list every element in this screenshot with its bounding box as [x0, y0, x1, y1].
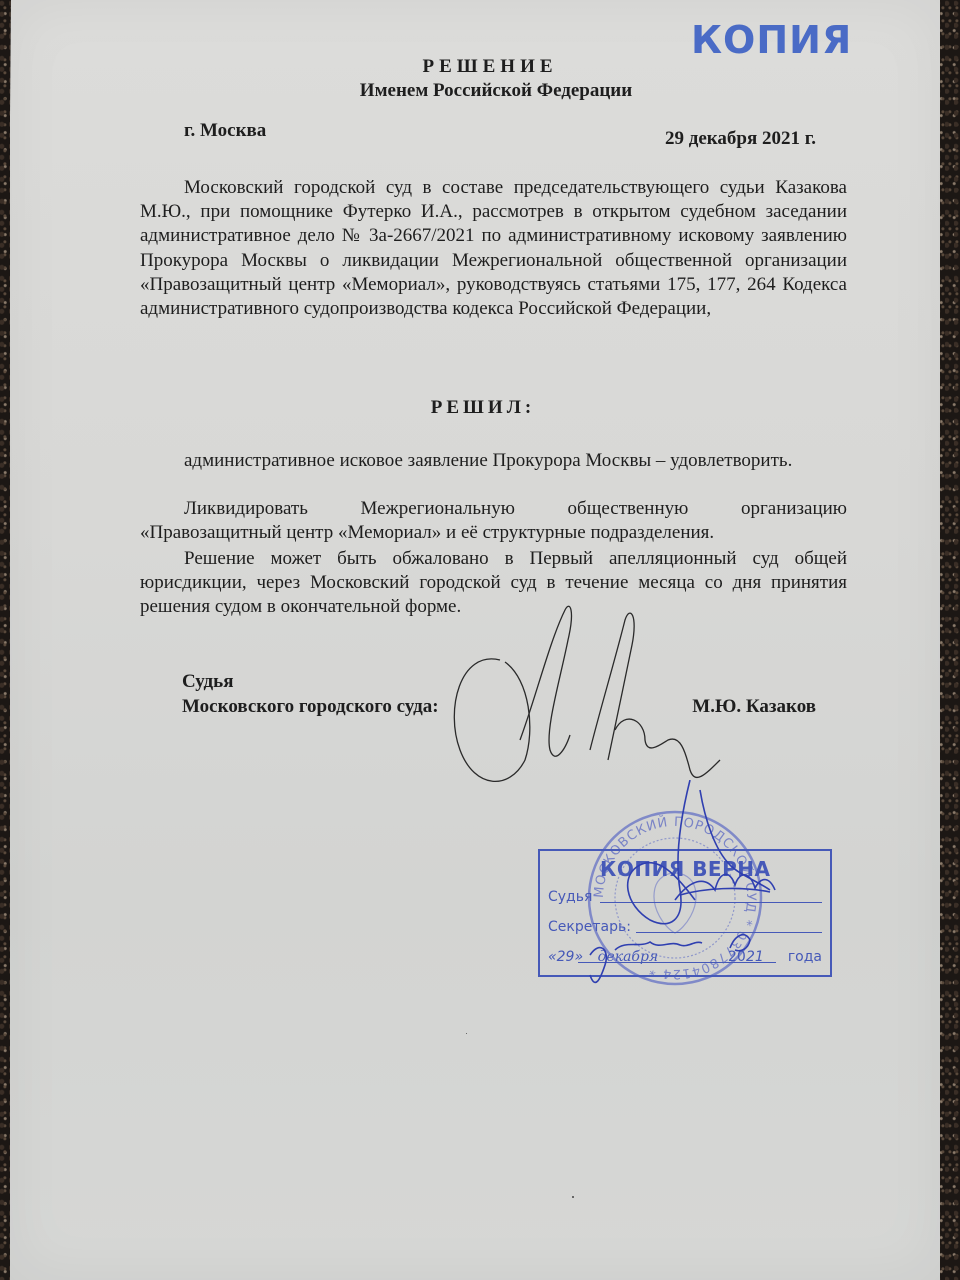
decided-heading: РЕШИЛ:	[10, 397, 956, 419]
document-title: РЕШЕНИЕ	[10, 56, 960, 78]
signer-role-line2: Московского городского суда:	[182, 696, 439, 718]
document-subtitle: Именем Российской Федерации	[10, 80, 960, 102]
intro-paragraph: Московский городской суд в составе предс…	[140, 176, 847, 321]
judge-signature-icon	[440, 600, 760, 810]
ruling-text: административное исковое заявление Проку…	[184, 450, 792, 471]
ruling-2: Ликвидировать Межрегиональную общественн…	[140, 497, 847, 545]
intro-text: Московский городской суд в составе предс…	[140, 177, 847, 319]
ruling-1: административное исковое заявление Проку…	[140, 449, 847, 473]
paper-speck	[572, 1196, 574, 1198]
document-city: г. Москва	[184, 120, 266, 142]
signer-role-line1: Судья	[182, 671, 234, 693]
document-date: 29 декабря 2021 г.	[665, 128, 816, 150]
ruling-text: Ликвидировать Межрегиональную общественн…	[140, 498, 847, 543]
clerk-signature-icon	[530, 780, 840, 1000]
paper-speck	[466, 1033, 467, 1034]
